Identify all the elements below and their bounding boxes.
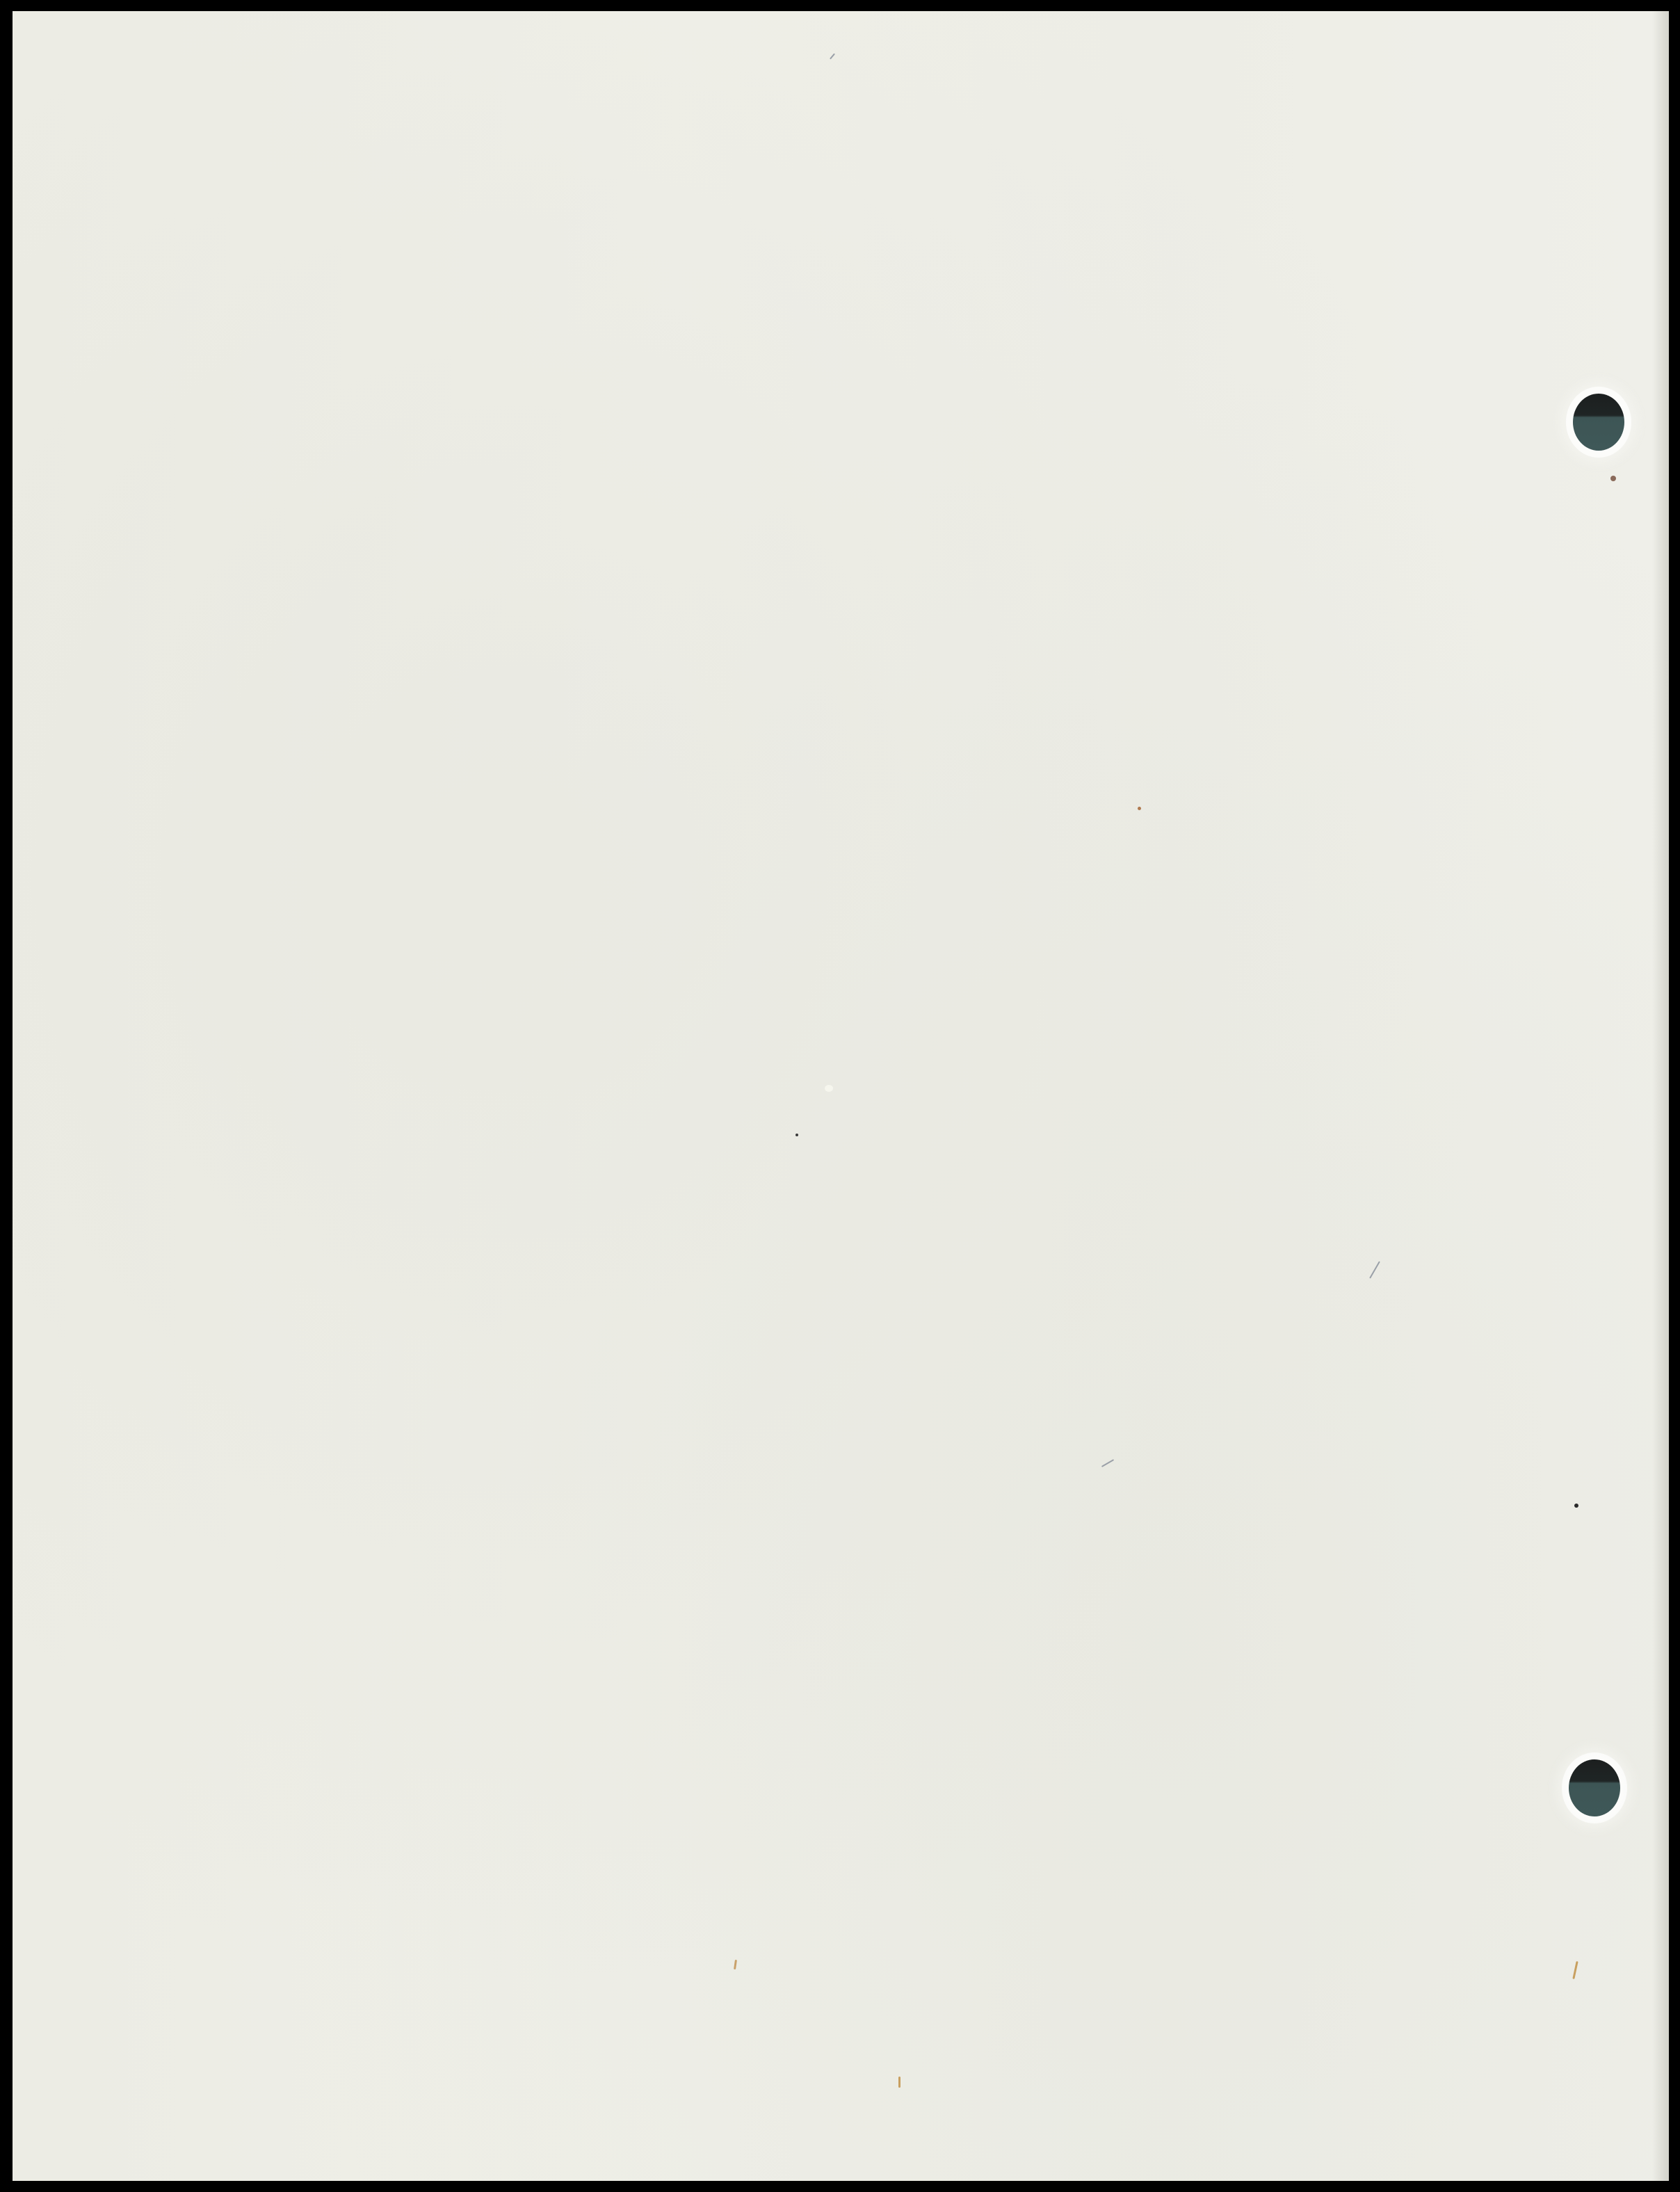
paper-speck xyxy=(1138,807,1141,810)
paper-speck xyxy=(1610,476,1616,481)
paper-speck xyxy=(1574,1504,1578,1508)
paper-edge-shadow xyxy=(1652,11,1669,2181)
punch-hole-top xyxy=(1573,394,1624,451)
paper-fiber xyxy=(898,2077,900,2088)
paper-speck xyxy=(825,1085,833,1092)
paper-speck xyxy=(795,1134,798,1136)
punch-hole-bottom xyxy=(1569,1759,1620,1816)
blank-paper-sheet xyxy=(13,11,1669,2181)
